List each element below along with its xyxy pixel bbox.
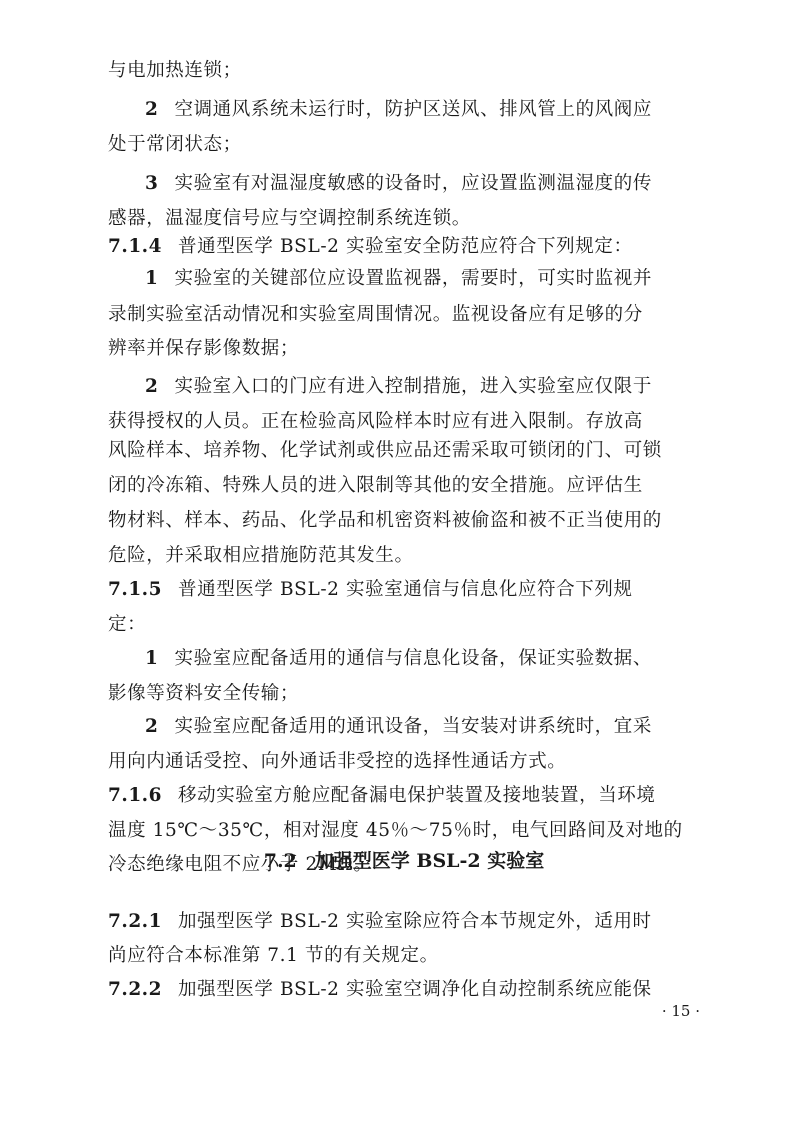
line-text: 危险，并采取相应措施防范其发生。 [108, 545, 414, 566]
text-line: 物材料、样本、药品、化学品和机密资料被偷盗和被不正当使用的 [108, 510, 700, 532]
clause-number: 7.1.4 [108, 236, 162, 257]
line-text: 影像等资料安全传输； [108, 683, 299, 704]
line-text: 空调通风系统未运行时，防护区送风、排风管上的风阀应 [174, 99, 652, 120]
line-text: 录制实验室活动情况和实验室周围情况。监视设备应有足够的分 [108, 304, 643, 325]
line-text: 实验室入口的门应有进入控制措施，进入实验室应仅限于 [174, 376, 652, 397]
line-text: 感器，温湿度信号应与空调控制系统连锁。 [108, 208, 471, 229]
line-text: 温度 15℃～35℃，相对湿度 45％～75％时，电气回路间及对地的 [108, 820, 683, 841]
line-text: 移动实验室方舱应配备漏电保护装置及接地装置，当环境 [178, 785, 656, 806]
text-line: 录制实验室活动情况和实验室周围情况。监视设备应有足够的分 [108, 304, 700, 326]
text-line: 闭的冷冻箱、特殊人员的进入限制等其他的安全措施。应评估生 [108, 475, 700, 497]
line-text: 普通型医学 BSL-2 实验室安全防范应符合下列规定： [178, 236, 633, 257]
line-text: 实验室的关键部位应设置监视器，需要时，可实时监视并 [174, 268, 652, 289]
text-line: 危险，并采取相应措施防范其发生。 [108, 545, 700, 567]
list-item: 2空调通风系统未运行时，防护区送风、排风管上的风阀应 [108, 99, 737, 121]
text-line: 影像等资料安全传输； [108, 683, 700, 705]
text-line: 用向内通话受控、向外通话非受控的选择性通话方式。 [108, 751, 700, 773]
section-number: 7.2 [264, 850, 297, 872]
item-number: 2 [145, 376, 158, 397]
line-text: 风险样本、培养物、化学试剂或供应品还需采取可锁闭的门、可锁 [108, 440, 662, 461]
line-text: 辨率并保存影像数据； [108, 338, 299, 359]
section-heading: 7.2加强型医学 BSL-2 实验室 [108, 850, 700, 872]
line-text: 闭的冷冻箱、特殊人员的进入限制等其他的安全措施。应评估生 [108, 475, 643, 496]
line-text: 尚应符合本标准第 7.1 节的有关规定。 [108, 945, 439, 966]
section-title: 加强型医学 BSL-2 实验室 [315, 850, 544, 872]
text-line: 风险样本、培养物、化学试剂或供应品还需采取可锁闭的门、可锁 [108, 440, 700, 462]
text-line: 获得授权的人员。正在检验高风险样本时应有进入限制。存放高 [108, 411, 700, 433]
clause-line: 7.1.6移动实验室方舱应配备漏电保护装置及接地装置，当环境 [108, 785, 700, 807]
list-item: 2实验室入口的门应有进入控制措施，进入实验室应仅限于 [108, 376, 737, 398]
clause-line: 7.1.4普通型医学 BSL-2 实验室安全防范应符合下列规定： [108, 236, 700, 258]
text-line: 定： [108, 614, 700, 636]
clause-number: 7.2.2 [108, 979, 162, 1000]
clause-number: 7.1.5 [108, 579, 162, 600]
line-text: 与电加热连锁； [108, 60, 242, 81]
clause-number: 7.2.1 [108, 911, 162, 932]
line-text: 处于常闭状态； [108, 134, 242, 155]
line-text: 加强型医学 BSL-2 实验室除应符合本节规定外，适用时 [178, 911, 652, 932]
item-number: 3 [145, 173, 158, 194]
clause-number: 7.1.6 [108, 785, 162, 806]
text-line: 辨率并保存影像数据； [108, 338, 700, 360]
line-text: 实验室应配备适用的通讯设备，当安装对讲系统时，宜采 [174, 716, 652, 737]
line-text: 获得授权的人员。正在检验高风险样本时应有进入限制。存放高 [108, 411, 643, 432]
list-item: 2实验室应配备适用的通讯设备，当安装对讲系统时，宜采 [108, 716, 737, 738]
item-number: 1 [145, 648, 158, 669]
text-line: 感器，温湿度信号应与空调控制系统连锁。 [108, 208, 700, 230]
clause-line: 7.2.1加强型医学 BSL-2 实验室除应符合本节规定外，适用时 [108, 911, 700, 933]
line-text: 用向内通话受控、向外通话非受控的选择性通话方式。 [108, 751, 566, 772]
list-item: 3实验室有对温湿度敏感的设备时，应设置监测温湿度的传 [108, 173, 737, 195]
text-line: 尚应符合本标准第 7.1 节的有关规定。 [108, 945, 700, 967]
clause-line: 7.2.2加强型医学 BSL-2 实验室空调净化自动控制系统应能保 [108, 979, 700, 1001]
line-text: 实验室应配备适用的通信与信息化设备，保证实验数据、 [174, 648, 652, 669]
line-text: 普通型医学 BSL-2 实验室通信与信息化应符合下列规 [178, 579, 633, 600]
text-line: 温度 15℃～35℃，相对湿度 45％～75％时，电气回路间及对地的 [108, 820, 700, 842]
item-number: 2 [145, 716, 158, 737]
item-number: 2 [145, 99, 158, 120]
item-number: 1 [145, 268, 158, 289]
line-text: 物材料、样本、药品、化学品和机密资料被偷盗和被不正当使用的 [108, 510, 662, 531]
line-text: 加强型医学 BSL-2 实验室空调净化自动控制系统应能保 [178, 979, 652, 1000]
text-line: 处于常闭状态； [108, 134, 700, 156]
line-text: 实验室有对温湿度敏感的设备时，应设置监测温湿度的传 [174, 173, 652, 194]
page-number: · 15 · [662, 1001, 700, 1021]
list-item: 1实验室应配备适用的通信与信息化设备，保证实验数据、 [108, 648, 737, 670]
line-text: 定： [108, 614, 146, 635]
clause-line: 7.1.5普通型医学 BSL-2 实验室通信与信息化应符合下列规 [108, 579, 700, 601]
list-item: 1实验室的关键部位应设置监视器，需要时，可实时监视并 [108, 268, 737, 290]
text-line: 与电加热连锁； [108, 60, 700, 82]
